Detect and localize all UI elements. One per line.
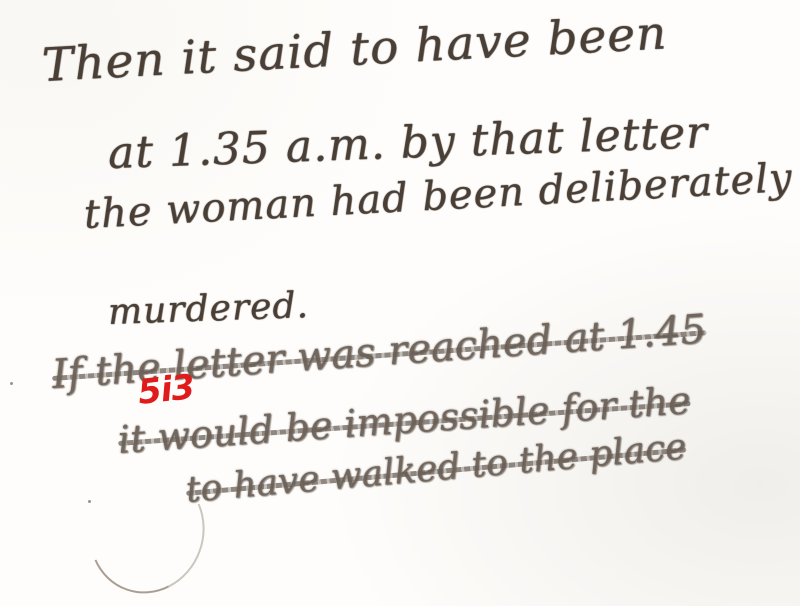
scanned-page: Then it said to have been at 1.35 a.m. b… <box>0 0 800 606</box>
ink-speck <box>210 70 212 72</box>
handwritten-line-1: Then it said to have been <box>41 5 669 92</box>
red-annotation: 5i3 <box>136 367 196 413</box>
handwritten-line-4: murdered. <box>107 285 309 333</box>
ink-speck <box>10 382 13 385</box>
ink-speck <box>88 500 91 503</box>
